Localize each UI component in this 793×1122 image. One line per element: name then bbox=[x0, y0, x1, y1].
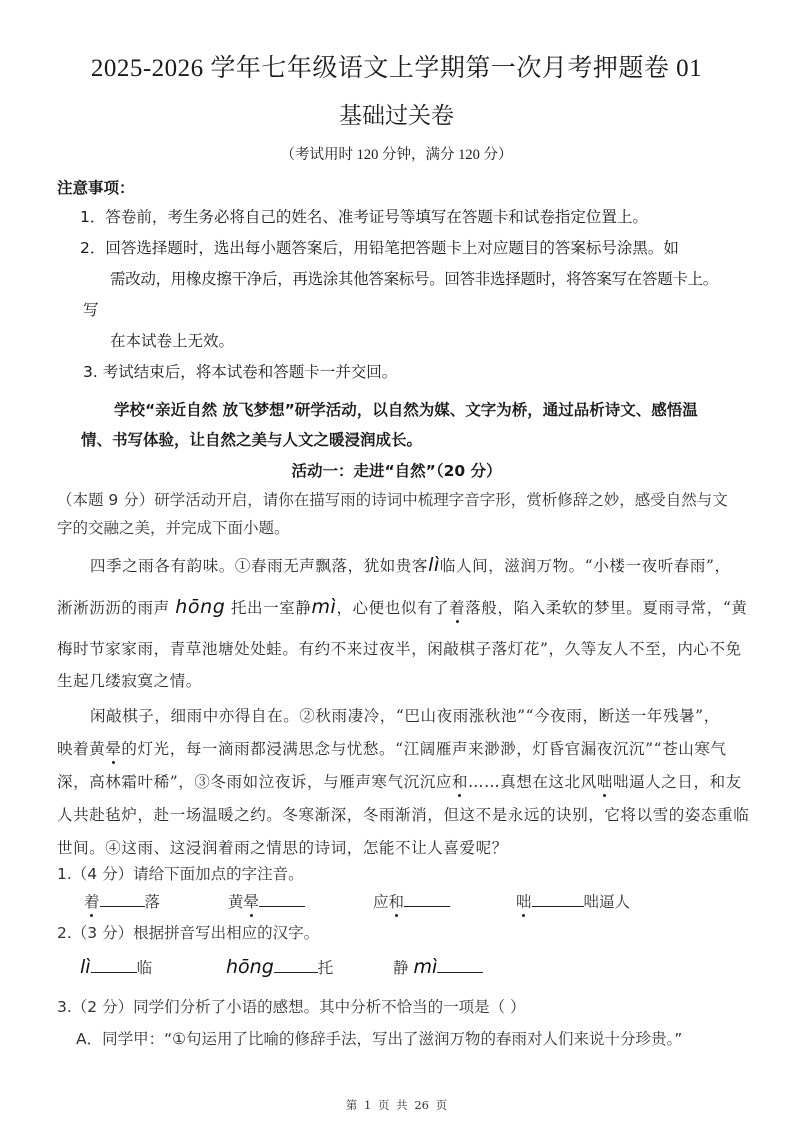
section-lead-1: （本题 9 分）研学活动开启，请你在描写雨的诗词中梳理字音字形，赏析修辞之妙，感… bbox=[57, 488, 728, 510]
item-text: 落 bbox=[145, 893, 161, 911]
exam-page: 2025-2026 学年七年级语文上学期第一次月考押题卷 01 基础过关卷 （考… bbox=[0, 0, 793, 1122]
page-number: 第 1 页 共 26 页 bbox=[0, 1097, 793, 1113]
answer-blank[interactable] bbox=[91, 956, 137, 973]
question-1-item: 着落 bbox=[84, 890, 160, 912]
passage-line: 淅淅沥沥的雨声 hōng 托出一室静mì，心便也似有了着落般，陷入柔软的梦里。夏… bbox=[57, 596, 748, 618]
dotted-char: 着 bbox=[84, 890, 100, 912]
answer-blank[interactable] bbox=[437, 956, 483, 973]
pinyin-li: lì bbox=[80, 956, 91, 978]
item-text: 咄逼人 bbox=[584, 893, 631, 911]
question-2-stem: 2.（3 分）根据拼音写出相应的汉字。 bbox=[57, 921, 319, 943]
question-1-item: 应和 bbox=[373, 890, 450, 912]
passage-line: 闲敲棋子，细雨中亦得自在。②秋雨凄冷，“巴山夜雨涨秋池”“今夜雨，断送一年残暑”… bbox=[90, 704, 720, 726]
pinyin-mi: mì bbox=[311, 596, 336, 618]
answer-blank[interactable] bbox=[100, 890, 145, 907]
passage-text: 临人间，滋润万物。“小楼一夜听春雨”， bbox=[440, 557, 731, 575]
section-heading: 活动一：走进“自然”（20 分） bbox=[0, 459, 793, 481]
passage-line: 深，高林霜叶稀”，③冬雨如泣夜诉，与雁声寒气沉沉应和……真想在这北风咄咄逼人之日… bbox=[57, 770, 742, 792]
item-text: 静 bbox=[393, 959, 409, 977]
item-text: 黄 bbox=[228, 893, 244, 911]
pinyin-mi: mì bbox=[413, 956, 437, 978]
passage-line: 映着黄晕的灯光，每一滴雨都浸满思念与忧愁。“江阔雁声来渺渺，灯昏官漏夜沉沉”“苍… bbox=[57, 737, 727, 759]
dotted-char: 晕 bbox=[244, 890, 260, 912]
passage-text: 四季之雨各有韵味。①春雨无声飘落，犹如贵客 bbox=[90, 557, 428, 575]
item-text: 临 bbox=[137, 959, 153, 977]
answer-blank[interactable] bbox=[404, 890, 450, 907]
passage-text: 落般，陷入柔软的梦里。夏雨寻常，“黄 bbox=[465, 599, 747, 617]
notice-item-2: 2．回答选择题时，选出每小题答案后，用铅笔把答题卡上对应题目的答案标号涂黑。如 bbox=[80, 236, 679, 258]
question-2-item: 静 mì bbox=[393, 956, 483, 978]
dotted-char: 和 bbox=[389, 890, 405, 912]
passage-line: 人共赴毡炉，赴一场温暖之约。冬寒渐深，冬雨渐消，但这不是永远的诀别，它将以雪的姿… bbox=[57, 803, 749, 825]
passage-text: 的灯光，每一滴雨都浸满思念与忧愁。“江阔雁声来渺渺，灯昏官漏夜沉沉”“苍山寒气 bbox=[121, 740, 726, 758]
question-1-item: 黄晕 bbox=[228, 890, 305, 912]
passage-text: ……真想在这北风 bbox=[468, 773, 597, 791]
intro-line-2: 情、书写体验，让自然之美与人文之暖浸润成长。 bbox=[81, 428, 422, 450]
notice-item-2-wrap: 写 bbox=[83, 298, 99, 320]
dotted-char: 咄 bbox=[516, 890, 532, 912]
item-text: 托 bbox=[318, 959, 334, 977]
notice-item-2-end: 在本试卷上无效。 bbox=[110, 329, 234, 351]
answer-blank[interactable] bbox=[274, 956, 318, 973]
question-2-item: lì临 bbox=[80, 956, 152, 978]
notice-item-2-cont: 需改动，用橡皮擦干净后，再选涂其他答案标号。回答非选择题时，将答案写在答题卡上。 bbox=[110, 267, 718, 289]
answer-blank[interactable] bbox=[259, 890, 305, 907]
passage-text: 映着黄 bbox=[57, 740, 105, 758]
question-2-item: hōng托 bbox=[226, 956, 333, 978]
answer-blank[interactable] bbox=[532, 890, 584, 907]
section-lead-2: 字的交融之美，并完成下面小题。 bbox=[57, 516, 290, 538]
question-3-stem: 3.（2 分）同学们分析了小语的感想。其中分析不恰当的一项是（ ） bbox=[57, 995, 526, 1017]
passage-text: 淅淅沥沥的雨声 bbox=[57, 599, 170, 617]
passage-text: ，心便也似有了 bbox=[336, 599, 449, 617]
pinyin-hong: hōng bbox=[226, 956, 274, 978]
passage-line: 四季之雨各有韵味。①春雨无声飘落，犹如贵客lì临人间，滋润万物。“小楼一夜听春雨… bbox=[90, 554, 731, 576]
passage-text: 深，高林霜叶稀”，③冬雨如泣夜诉，与雁声寒气沉沉应 bbox=[57, 773, 452, 791]
item-text: 应 bbox=[373, 893, 389, 911]
dotted-char: 和 bbox=[452, 770, 468, 792]
dotted-char: 着 bbox=[449, 596, 465, 618]
pinyin-hong: hōng bbox=[175, 596, 225, 618]
exam-info: （考试用时 120 分钟，满分 120 分） bbox=[0, 143, 793, 164]
passage-line: 世间。④这雨、这浸润着雨之情思的诗词，怎能不让人喜爱呢？ bbox=[57, 836, 508, 858]
passage-text: 托出一室静 bbox=[231, 599, 312, 617]
passage-text: 咄逼人之日，和友 bbox=[613, 773, 742, 791]
notice-item-1: 1．答卷前，考生务必将自己的姓名、准考证号等填写在答题卡和试卷指定位置上。 bbox=[80, 205, 648, 227]
notice-heading: 注意事项： bbox=[57, 176, 135, 198]
passage-line: 生起几缕寂寞之情。 bbox=[57, 669, 202, 691]
exam-subtitle: 基础过关卷 bbox=[0, 97, 793, 130]
question-3-option-a: A．同学甲：“①句运用了比喻的修辞手法，写出了滋润万物的春雨对人们来说十分珍贵。… bbox=[76, 1027, 682, 1049]
question-1-stem: 1.（4 分）请给下面加点的字注音。 bbox=[57, 862, 304, 884]
intro-line-1: 学校“亲近自然 放飞梦想”研学活动，以自然为媒、文字为桥，通过品析诗文、感悟温 bbox=[114, 398, 698, 420]
pinyin-li: lì bbox=[428, 554, 440, 576]
dotted-char: 晕 bbox=[105, 737, 121, 759]
question-1-item: 咄咄逼人 bbox=[516, 890, 630, 912]
notice-item-3: 3. 考试结束后，将本试卷和答题卡一并交回。 bbox=[83, 360, 397, 382]
exam-title: 2025-2026 学年七年级语文上学期第一次月考押题卷 01 bbox=[0, 48, 793, 84]
passage-line: 梅时节家家雨，青草池塘处处蛙。有约不来过夜半，闲敲棋子落灯花”，久等友人不至，内… bbox=[57, 637, 742, 659]
dotted-char: 咄 bbox=[597, 770, 613, 792]
